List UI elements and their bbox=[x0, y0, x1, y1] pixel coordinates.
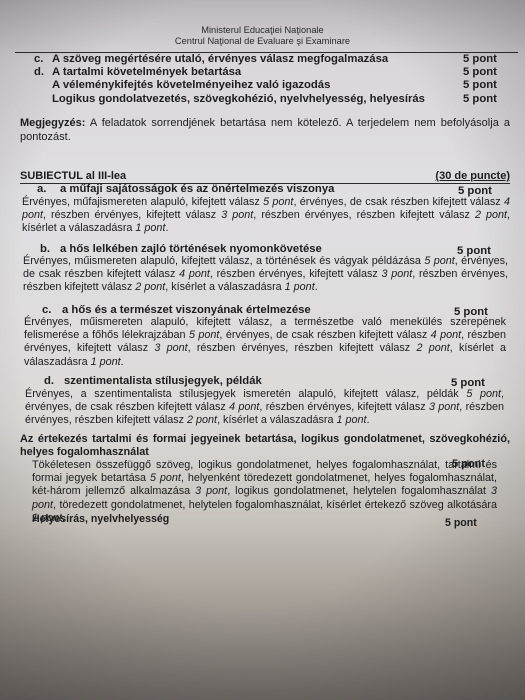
note: Megjegyzés: A feladatok sorrendjének bet… bbox=[20, 117, 510, 144]
section-d-scoring-text: Érvényes, a szentimentalista stílusjegye… bbox=[25, 388, 504, 428]
exam-scoring-page: Ministerul Educaţiei Naţionale Centrul N… bbox=[0, 0, 525, 700]
note-label: Megjegyzés: bbox=[20, 117, 85, 129]
section-c-scoring-text: Érvényes, műismereten alapuló, kifejtett… bbox=[24, 316, 506, 369]
ministry-name: Ministerul Educaţiei Naţionale bbox=[0, 25, 525, 36]
spelling-title: Helyesírás, nyelvhelyesség bbox=[32, 513, 169, 525]
section-label: a. bbox=[37, 183, 46, 195]
section-label: d. bbox=[44, 375, 54, 387]
criterion-text: A szöveg megértésére utaló, érvényes vál… bbox=[52, 53, 388, 65]
subject-total-points: (30 de puncte) bbox=[435, 170, 510, 182]
criterion-text: Logikus gondolatvezetés, szövegkohézió, … bbox=[52, 93, 425, 105]
section-a-scoring-text: Érvényes, műfajismereten alapuló, kifejt… bbox=[22, 196, 510, 236]
criterion-text: A tartalmi követelmények betartása bbox=[52, 66, 241, 78]
section-label: c. bbox=[42, 304, 51, 316]
section-title: a műfaji sajátosságok és az önértelmezés… bbox=[60, 183, 334, 195]
spelling-points: 5 pont bbox=[445, 517, 477, 529]
subject-title: SUBIECTUL al III-lea bbox=[20, 170, 126, 182]
section-title: a hős lelkében zajló történések nyomonkö… bbox=[60, 243, 322, 255]
section-label: b. bbox=[40, 243, 50, 255]
criterion-points: 5 pont bbox=[463, 66, 497, 78]
subject-header: SUBIECTUL al III-lea (30 de puncte) bbox=[20, 170, 510, 184]
criterion-points: 5 pont bbox=[463, 93, 497, 105]
page-header: Ministerul Educaţiei Naţionale Centrul N… bbox=[0, 25, 525, 47]
section-b-scoring-text: Érvényes, műismereten alapuló, kifejtett… bbox=[23, 255, 508, 295]
criterion-points: 5 pont bbox=[463, 79, 497, 91]
criterion-text: A véleménykifejtés követelményeihez való… bbox=[52, 79, 330, 91]
essay-criterion-title: Az értekezés tartalmi és formai jegyeine… bbox=[20, 433, 510, 459]
section-title: a hős és a természet viszonyának értelme… bbox=[62, 304, 311, 316]
note-text: A feladatok sorrendjének betartása nem k… bbox=[20, 117, 510, 143]
criterion-points: 5 pont bbox=[463, 53, 497, 65]
section-title: szentimentalista stílusjegyek, példák bbox=[64, 375, 262, 387]
center-name: Centrul Naţional de Evaluare şi Examinar… bbox=[0, 36, 525, 47]
